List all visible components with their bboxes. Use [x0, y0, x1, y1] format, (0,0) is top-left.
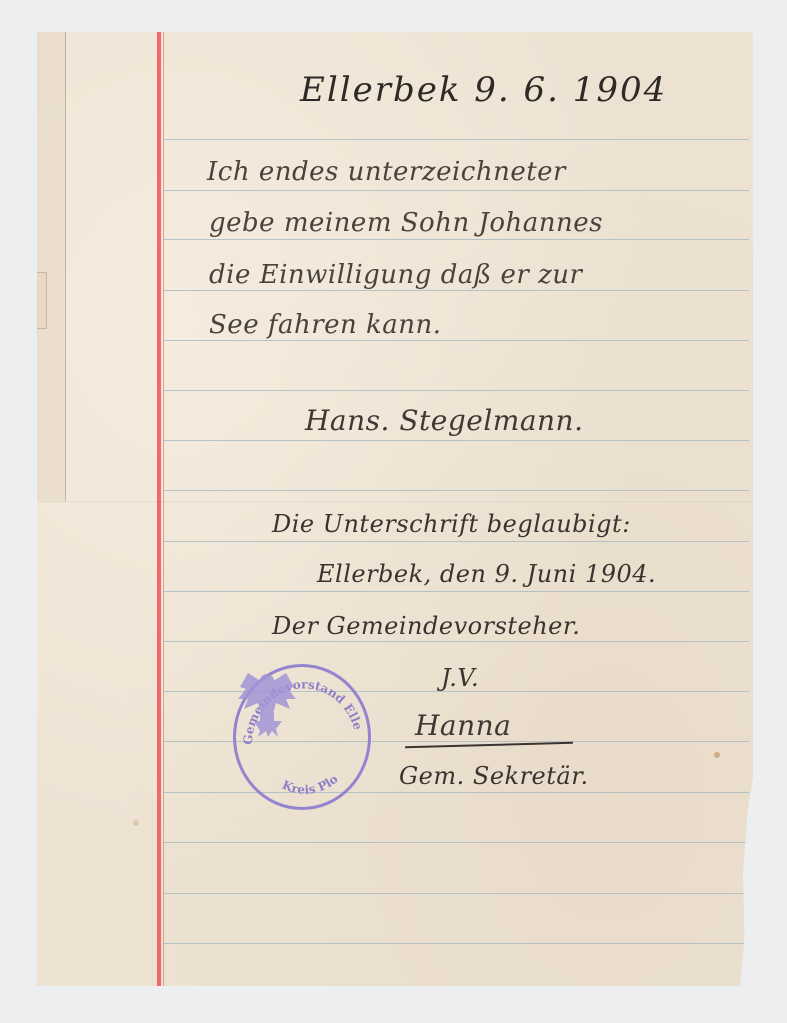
attestation-line-1: Die Unterschrift beglaubigt:: [272, 510, 631, 538]
ruled-line: [164, 490, 749, 491]
ruled-line: [164, 139, 749, 140]
official-signature: Hanna: [415, 709, 511, 742]
official-stamp: Gemeindevorstand Ellerbek Kreis Ploen.: [233, 664, 371, 810]
ruled-line: [164, 541, 749, 542]
body-line-3: die Einwilligung daß er zur: [209, 260, 582, 290]
ruled-line: [164, 893, 749, 894]
paper-stain: [714, 752, 720, 758]
ruled-line: [164, 641, 749, 642]
attestation-line-3: Der Gemeindevorsteher.: [272, 612, 580, 640]
ruled-line: [164, 943, 749, 944]
body-line-1: Ich endes unterzeichneter: [207, 157, 566, 187]
attestation-line-2: Ellerbek, den 9. Juni 1904.: [317, 560, 656, 588]
ruled-line: [164, 340, 749, 341]
red-margin-line: [157, 32, 161, 986]
ruled-line: [164, 591, 749, 592]
horizontal-fold-crease: [37, 500, 753, 502]
ruled-line: [164, 190, 749, 191]
ruled-line: [164, 440, 749, 441]
ruled-line: [164, 239, 749, 240]
body-line-4: See fahren kann.: [209, 310, 442, 340]
ruled-line: [164, 290, 749, 291]
eagle-crest-icon: [236, 667, 298, 739]
official-title: Gem. Sekretär.: [399, 762, 589, 790]
body-line-2: gebe meinem Sohn Johannes: [209, 208, 603, 238]
folded-edge-strip: [37, 32, 66, 502]
signature-hans-stegelmann: Hans. Stegelmann.: [305, 404, 583, 437]
paper-tab: [25, 272, 47, 329]
ruled-line: [164, 842, 749, 843]
signature-underline: [405, 742, 573, 748]
on-behalf-marker: J.V.: [441, 664, 479, 692]
document-page: Ellerbek 9. 6. 1904 Ich endes unterzeich…: [37, 32, 753, 986]
paper-stain: [133, 820, 139, 826]
date-heading: Ellerbek 9. 6. 1904: [300, 70, 667, 110]
ruled-line: [164, 390, 749, 391]
